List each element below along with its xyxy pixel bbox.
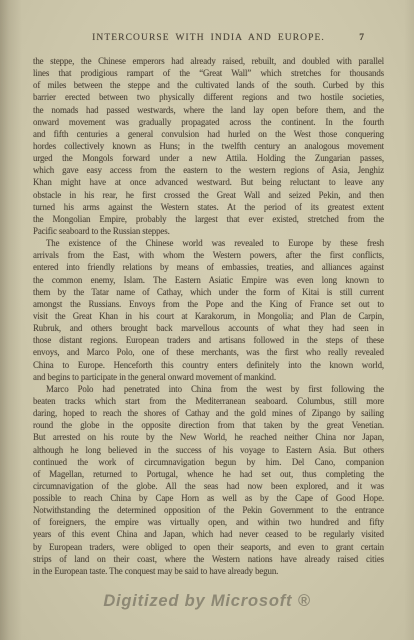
text-line: Marco Polo had penetrated into China fro… — [33, 383, 384, 395]
paragraph: the steppe, the Chinese emperors had alr… — [33, 55, 384, 237]
text-line: Pacific seaboard to the Russian steppes. — [33, 225, 384, 237]
text-line: barrier erected between two physically d… — [33, 91, 384, 103]
paragraph: The existence of the Chinese world was r… — [33, 237, 384, 383]
text-line: by European traders, were obliged to ope… — [33, 541, 384, 553]
book-page: INTERCOURSE WITH INDIA AND EUROPE. 7 the… — [0, 0, 414, 640]
text-line: obstacle in his rear, he first crossed t… — [33, 189, 384, 201]
text-line: those distant regions. European traders … — [33, 334, 384, 346]
text-line: onward movement was gradually propagated… — [33, 116, 384, 128]
text-line: lines that prodigious rampart of the “Gr… — [33, 67, 384, 79]
text-line: and begins to participate in the general… — [33, 371, 384, 383]
text-line: envoys, and Marco Polo, one of these mer… — [33, 346, 384, 358]
text-line: But arrested on his route by the New Wor… — [33, 431, 384, 443]
text-line: strips of land on their coast, where the… — [33, 553, 384, 565]
text-line: continued the work of circumnavigation b… — [33, 456, 384, 468]
text-line: of foreigners, the empire was virtually … — [33, 516, 384, 528]
running-header: INTERCOURSE WITH INDIA AND EUROPE. 7 — [33, 33, 384, 43]
paragraph: Marco Polo had penetrated into China fro… — [33, 383, 384, 577]
text-line: in the European taste. The conquest may … — [33, 565, 384, 577]
text-block: the steppe, the Chinese emperors had alr… — [33, 55, 384, 577]
text-line: the common enemy, Islam. The Eastern Asi… — [33, 274, 384, 286]
text-line: and fifth centuries a general convulsion… — [33, 128, 384, 140]
text-line: hordes collectively known as Huns; in th… — [33, 140, 384, 152]
text-line: The existence of the Chinese world was r… — [33, 237, 384, 249]
digitized-watermark: Digitized by Microsoft ® — [0, 592, 414, 611]
text-line: of miles between the steppe and the cult… — [33, 79, 384, 91]
text-line: urged the Mongols forward under a new At… — [33, 152, 384, 164]
text-line: the steppe, the Chinese emperors had alr… — [33, 55, 384, 67]
text-line: Khan might have at once advanced westwar… — [33, 176, 384, 188]
text-line: years of this event China and Japan, whi… — [33, 528, 384, 540]
text-line: the Mongolian Empire, probably the large… — [33, 213, 384, 225]
text-line: circumnavigation of the globe. All the s… — [33, 480, 384, 492]
text-line: daring, hoped to reach the shores of Cat… — [33, 407, 384, 419]
text-line: although he long believed in the success… — [33, 444, 384, 456]
text-line: amongst the Russians. Envoys from the Po… — [33, 298, 384, 310]
text-line: arrivals from the East, with whom the We… — [33, 249, 384, 261]
text-line: them by the Tatar name of Cathay, which … — [33, 286, 384, 298]
text-line: possible to reach China by Cape Horn as … — [33, 492, 384, 504]
text-line: of Magellan, returned to Portugal, whenc… — [33, 468, 384, 480]
text-line: Notwithstanding the determined oppositio… — [33, 504, 384, 516]
text-line: visit the Great Khan in his court at Kar… — [33, 310, 384, 322]
text-line: China to Europe. Henceforth this country… — [33, 359, 384, 371]
text-line: beaten tracks which start from the Medit… — [33, 395, 384, 407]
text-line: entered into friendly relations by means… — [33, 261, 384, 273]
text-line: Rubruk, and others brought back marvello… — [33, 322, 384, 334]
page-number: 7 — [359, 33, 364, 43]
text-line: the nomads had passed westwards, where t… — [33, 104, 384, 116]
running-header-title: INTERCOURSE WITH INDIA AND EUROPE. — [92, 33, 325, 43]
text-line: round the globe in the opposite directio… — [33, 419, 384, 431]
text-line: turned his arms against the Western stat… — [33, 201, 384, 213]
text-line: which gave easy access from the eastern … — [33, 164, 384, 176]
